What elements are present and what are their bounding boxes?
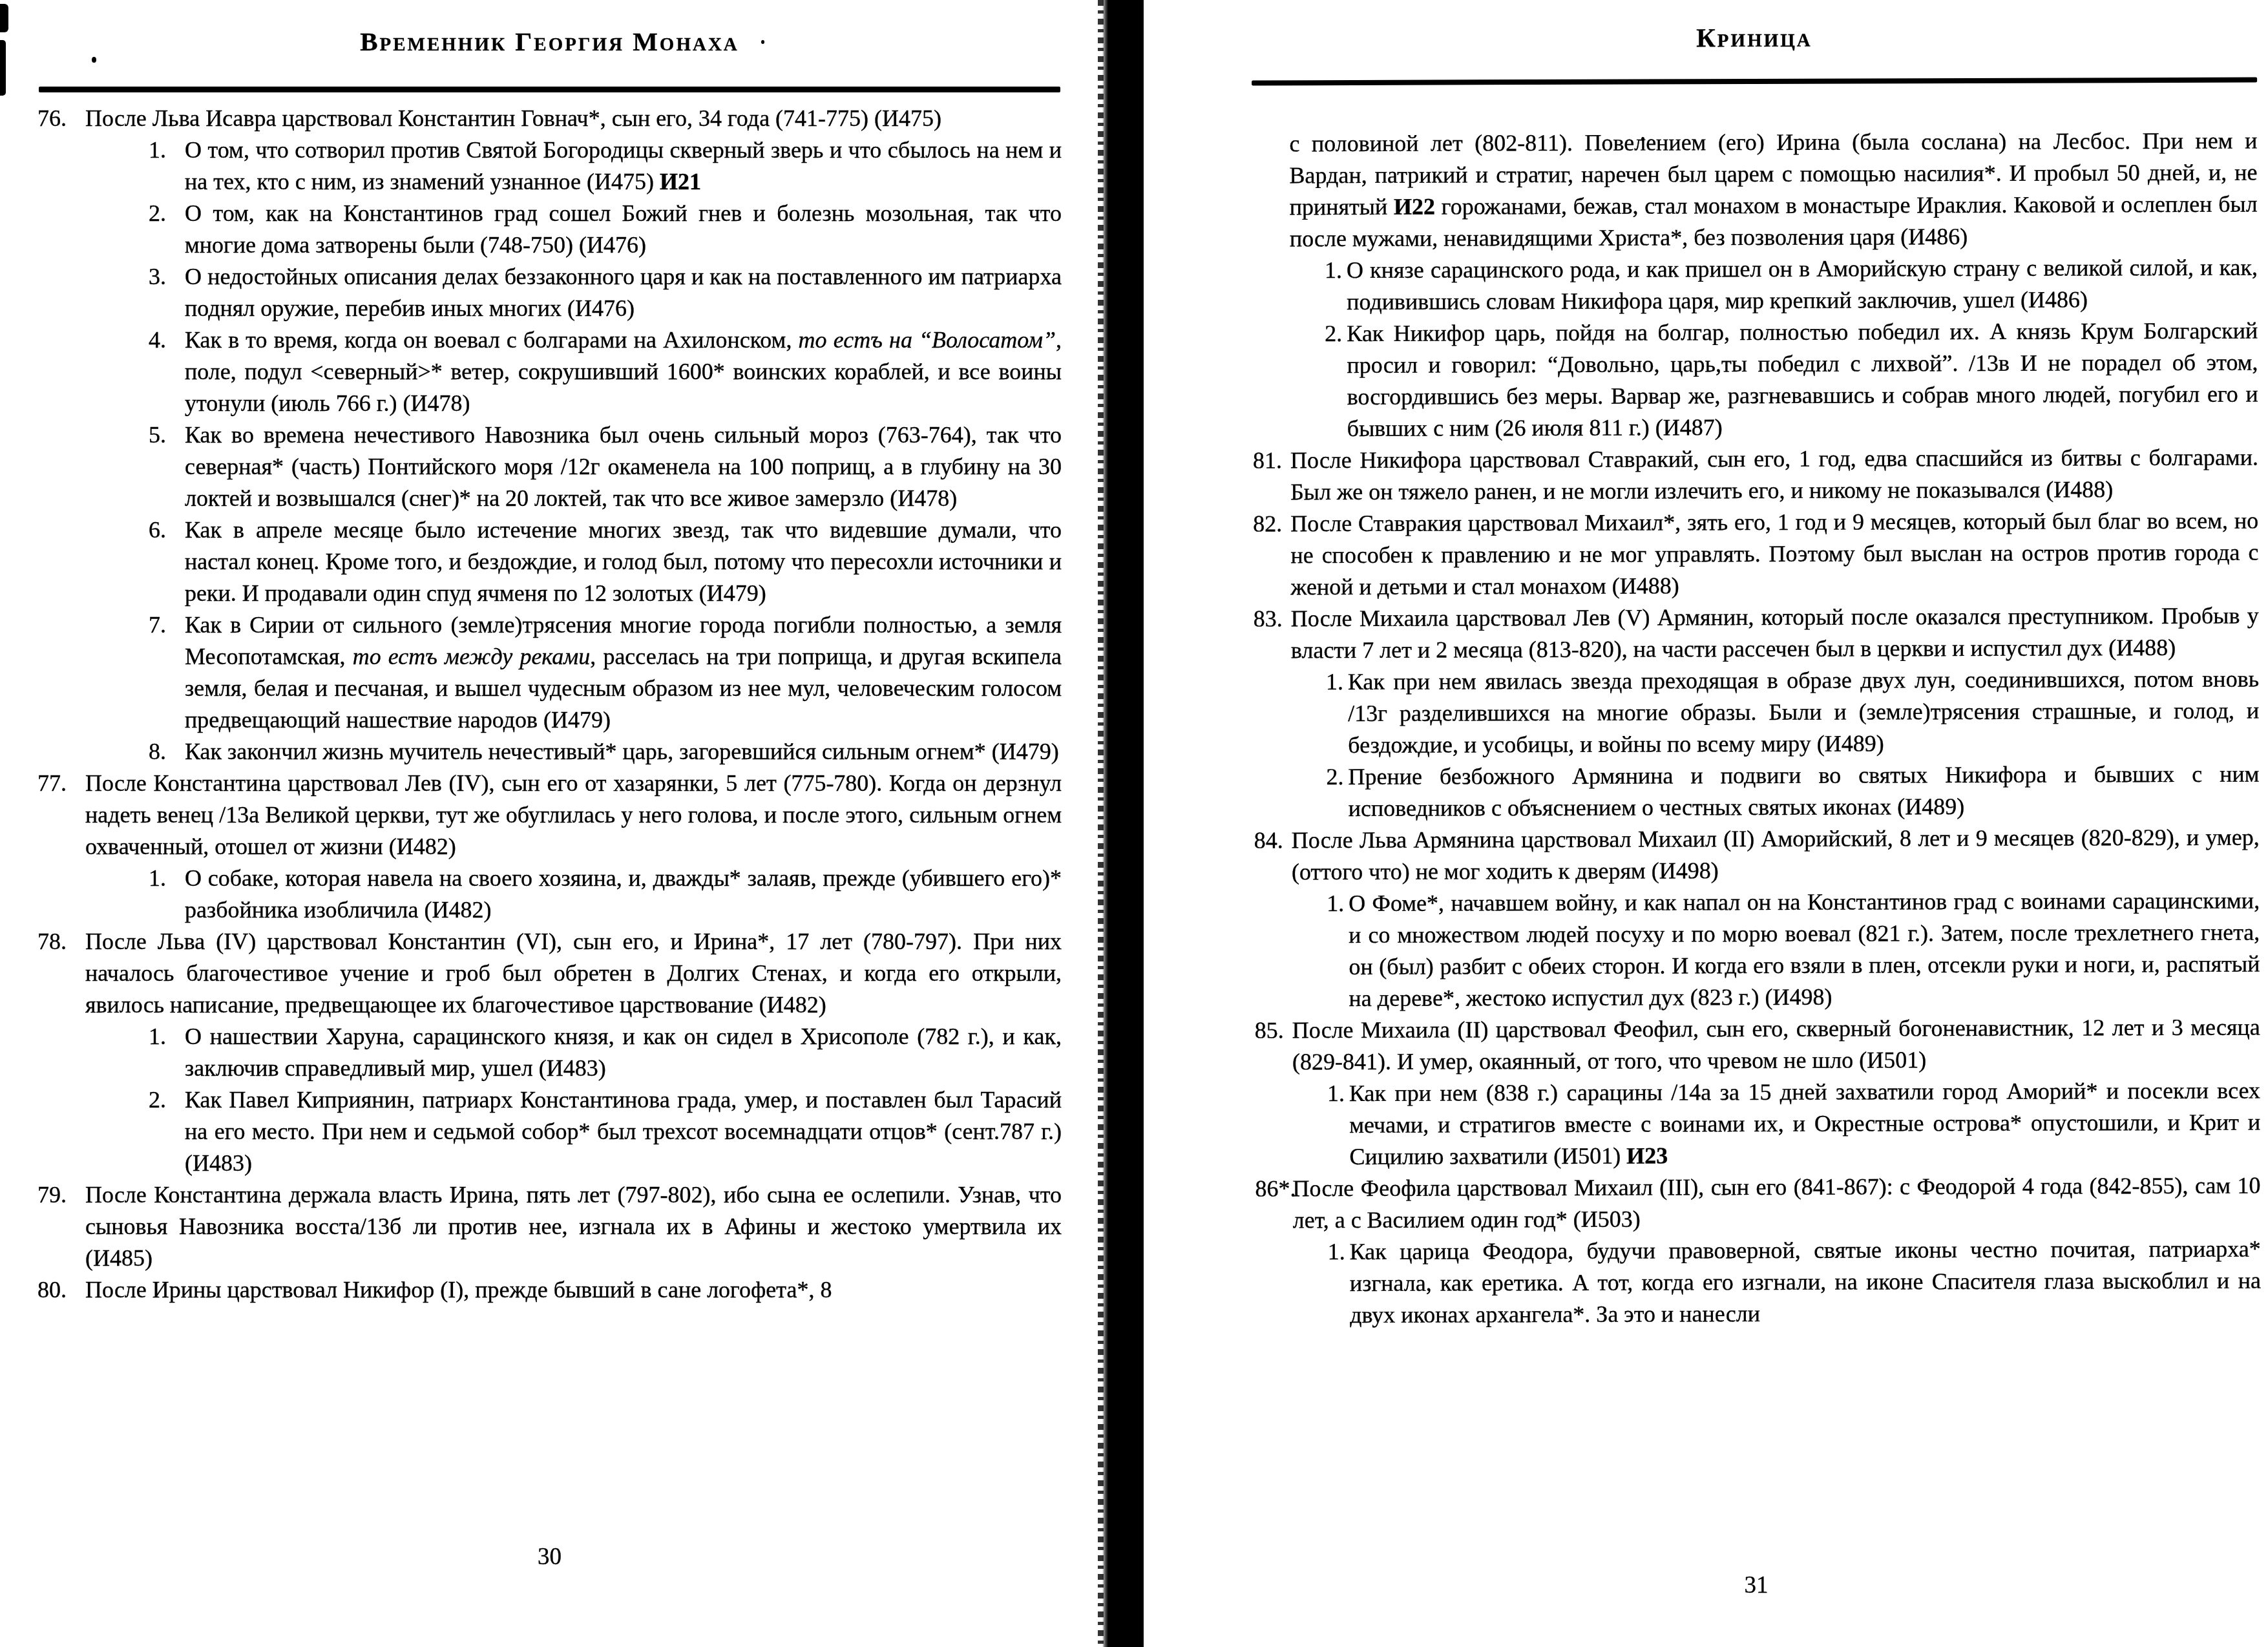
- entry-79: 79.После Константина держала власть Ирин…: [37, 1179, 1062, 1274]
- entry-number: 4.: [149, 324, 185, 356]
- entry-number: 2.: [149, 198, 185, 229]
- scan-speck: [761, 40, 764, 44]
- entry-text: После Константина царствовал Лев (IV), с…: [85, 770, 1062, 859]
- entry-number: 1.: [1327, 1078, 1349, 1109]
- entry-text: Как Павел Киприянин, патриарх Константин…: [185, 1087, 1062, 1176]
- right-page-number: 31: [1254, 1571, 2259, 1599]
- scan-speck: [92, 57, 96, 63]
- entry-1: 1.О Фоме*, начавшем войну, и как напал о…: [1327, 885, 2260, 1015]
- entry-text: Прение безбожного Армянина и подвиги во …: [1348, 761, 2259, 821]
- entry-76: 76.После Льва Исавра царствовал Констант…: [37, 103, 1062, 134]
- entry-text: После Ставракия царствовал Михаил*, зять…: [1290, 508, 2258, 600]
- entry-text-bold: И22: [1394, 194, 1435, 220]
- entry-number: 3.: [149, 261, 185, 293]
- entry-3: 3.О недостойных описания делах беззаконн…: [149, 261, 1062, 324]
- entry-text: О недостойных описания делах беззаконног…: [185, 264, 1062, 321]
- left-page-number: 30: [37, 1543, 1062, 1571]
- entry-number: 79.: [37, 1179, 85, 1211]
- entry-text-italic: то естъ между реками: [353, 644, 591, 669]
- entry-6: 6.Как в апреле месяце было истечение мно…: [149, 514, 1062, 609]
- scan-edge-artifact: [0, 4, 8, 32]
- entry-82: 82.После Ставракия царствовал Михаил*, з…: [1253, 505, 2258, 603]
- entry-number: 78.: [37, 926, 85, 958]
- entry-text: После Константина держала власть Ирина, …: [85, 1182, 1062, 1271]
- entry-text: После Михаила царствовал Лев (V) Армянин…: [1291, 603, 2259, 664]
- entry-number: 80.: [37, 1274, 85, 1306]
- entry-1: 1.О собаке, которая навела на своего хоз…: [149, 863, 1062, 926]
- entry-1: 1.О том, что сотворил против Святой Бого…: [149, 134, 1062, 198]
- entry-text: Как при нем (838 г.) сарацины /14а за 15…: [1349, 1078, 2260, 1170]
- entry-number: 1.: [1327, 888, 1349, 919]
- entry-2: 2.Как Никифор царь, пойдя на болгар, пол…: [1325, 315, 2258, 445]
- entry-text: Как при нем явилась звезда преходящая в …: [1348, 666, 2259, 758]
- entry-86: 86*.После Феофила царствовал Михаил (III…: [1255, 1170, 2260, 1237]
- entry-text: О нашествии Харуна, сарацинского князя, …: [185, 1023, 1062, 1081]
- entry-text: После Льва (IV) царствовал Константин (V…: [85, 928, 1062, 1018]
- right-page-entries: с половиной лет (802-811). Повелением (е…: [1252, 125, 2261, 1332]
- entry-number: 1.: [149, 1021, 185, 1053]
- right-page-running-title: Криница: [1252, 19, 2257, 56]
- entry-number: 1.: [1325, 255, 1347, 286]
- entry-text: После Феофила царствовал Михаил (III), с…: [1292, 1173, 2260, 1233]
- entry-text: После Михаила (II) царствовал Феофил, сы…: [1292, 1014, 2260, 1075]
- entry-number: 7.: [149, 609, 185, 641]
- entry-number: 8.: [149, 736, 185, 768]
- entry-continuation: с половиной лет (802-811). Повелением (е…: [1252, 125, 2258, 255]
- scan-speck: [1641, 137, 1644, 141]
- entry-85: 85.После Михаила (II) царствовал Феофил,…: [1255, 1012, 2260, 1078]
- entry-1: 1.Как царица Феодора, будучи правоверной…: [1328, 1233, 2261, 1332]
- entry-number: 84.: [1254, 824, 1292, 856]
- entry-8: 8.Как закончил жизнь мучитель нечестивый…: [149, 736, 1062, 768]
- entry-84: 84.После Льва Армянина царствовал Михаил…: [1254, 822, 2260, 888]
- entry-number: 76.: [37, 103, 85, 134]
- entry-1: 1.О нашествии Харуна, сарацинского князя…: [149, 1021, 1062, 1084]
- right-header-rule: [1252, 78, 2257, 86]
- entry-number: 6.: [149, 514, 185, 546]
- entry-number: 1.: [149, 134, 185, 166]
- entry-5: 5.Как во времена нечестивого Навозника б…: [149, 419, 1062, 514]
- right-page: Криница с половиной лет (802-811). Повел…: [1252, 19, 2261, 1332]
- entry-number: 2.: [1325, 318, 1347, 350]
- entry-4: 4.Как в то время, когда он воевал с болг…: [149, 324, 1062, 419]
- entry-text: После Ирины царствовал Никифор (I), преж…: [85, 1277, 832, 1303]
- entry-text: О Фоме*, начавшем войну, и как напал он …: [1349, 888, 2260, 1011]
- left-header-rule: [39, 87, 1060, 92]
- entry-number: 86*.: [1255, 1173, 1292, 1204]
- entry-text: После Льва Исавра царствовал Константин …: [85, 105, 941, 131]
- entry-number: 1.: [149, 863, 185, 894]
- entry-number: 85.: [1255, 1014, 1292, 1046]
- entry-2: 2.О том, как на Константинов град сошел …: [149, 198, 1062, 261]
- entry-text-bold: И23: [1626, 1142, 1668, 1168]
- entry-1: 1.Как при нем (838 г.) сарацины /14а за …: [1327, 1075, 2260, 1173]
- entry-2: 2.Прение безбожного Армянина и подвиги в…: [1326, 759, 2259, 825]
- left-page-running-title: Временник Георгия Монаха: [37, 25, 1062, 58]
- entry-text: О собаке, которая навела на своего хозяи…: [185, 865, 1062, 923]
- entry-text: После Никифора царствовал Ставракий, сын…: [1290, 445, 2258, 505]
- entry-text: После Льва Армянина царствовал Михаил (I…: [1292, 824, 2260, 885]
- entry-1: 1.Как при нем явилась звезда преходящая …: [1326, 664, 2259, 762]
- entry-text: Как Никифор царь, пойдя на болгар, полно…: [1347, 318, 2258, 441]
- entry-text: Как во времена нечестивого Навозника был…: [185, 422, 1062, 511]
- left-page: Временник Георгия Монаха 76.После Льва И…: [37, 25, 1062, 1306]
- entry-text: О том, как на Константинов град сошел Бо…: [185, 200, 1062, 258]
- entry-1: 1.О князе сарацинского рода, и как прише…: [1325, 252, 2258, 319]
- entry-text: Как закончил жизнь мучитель нечестивый* …: [185, 739, 1059, 764]
- entry-2: 2.Как Павел Киприянин, патриарх Констант…: [149, 1084, 1062, 1179]
- entry-text-bold: И21: [660, 169, 701, 194]
- entry-80: 80.После Ирины царствовал Никифор (I), п…: [37, 1274, 1062, 1306]
- entry-number: 1.: [1328, 1236, 1350, 1268]
- entry-text: О князе сарацинского рода, и как пришел …: [1347, 255, 2258, 315]
- entry-number: 77.: [37, 768, 85, 799]
- scanned-book-spread: { "document": { "left_page": { "header":…: [0, 0, 2268, 1647]
- book-gutter-shadow: [1102, 0, 1144, 1647]
- scan-edge-artifact: [0, 40, 6, 96]
- entry-number: 81.: [1253, 445, 1290, 476]
- entry-number: 2.: [1326, 761, 1348, 793]
- entry-text-italic: то естъ на “Волосатом”: [799, 327, 1056, 353]
- entry-text: горожанами, бежав, стал монахом в монаст…: [1290, 191, 2258, 252]
- entry-83: 83.После Михаила царствовал Лев (V) Армя…: [1254, 600, 2259, 667]
- entry-number: 83.: [1254, 603, 1291, 635]
- entry-77: 77.После Константина царствовал Лев (IV)…: [37, 768, 1062, 863]
- entry-81: 81.После Никифора царствовал Ставракий, …: [1253, 442, 2258, 509]
- entry-number: 82.: [1253, 508, 1290, 540]
- entry-number: 1.: [1326, 666, 1348, 698]
- entry-7: 7.Как в Сирии от сильного (земле)трясени…: [149, 609, 1062, 736]
- entry-number: 5.: [149, 419, 185, 451]
- entry-text: Как в апреле месяце было истечение многи…: [185, 517, 1062, 606]
- entry-78: 78.После Льва (IV) царствовал Константин…: [37, 926, 1062, 1021]
- entry-text: О том, что сотворил против Святой Богоро…: [185, 137, 1062, 194]
- left-page-entries: 76.После Льва Исавра царствовал Констант…: [37, 103, 1062, 1306]
- entry-number: 2.: [149, 1084, 185, 1116]
- entry-text: Как царица Феодора, будучи правоверной, …: [1350, 1236, 2261, 1328]
- entry-text: Как в то время, когда он воевал с болгар…: [185, 327, 799, 353]
